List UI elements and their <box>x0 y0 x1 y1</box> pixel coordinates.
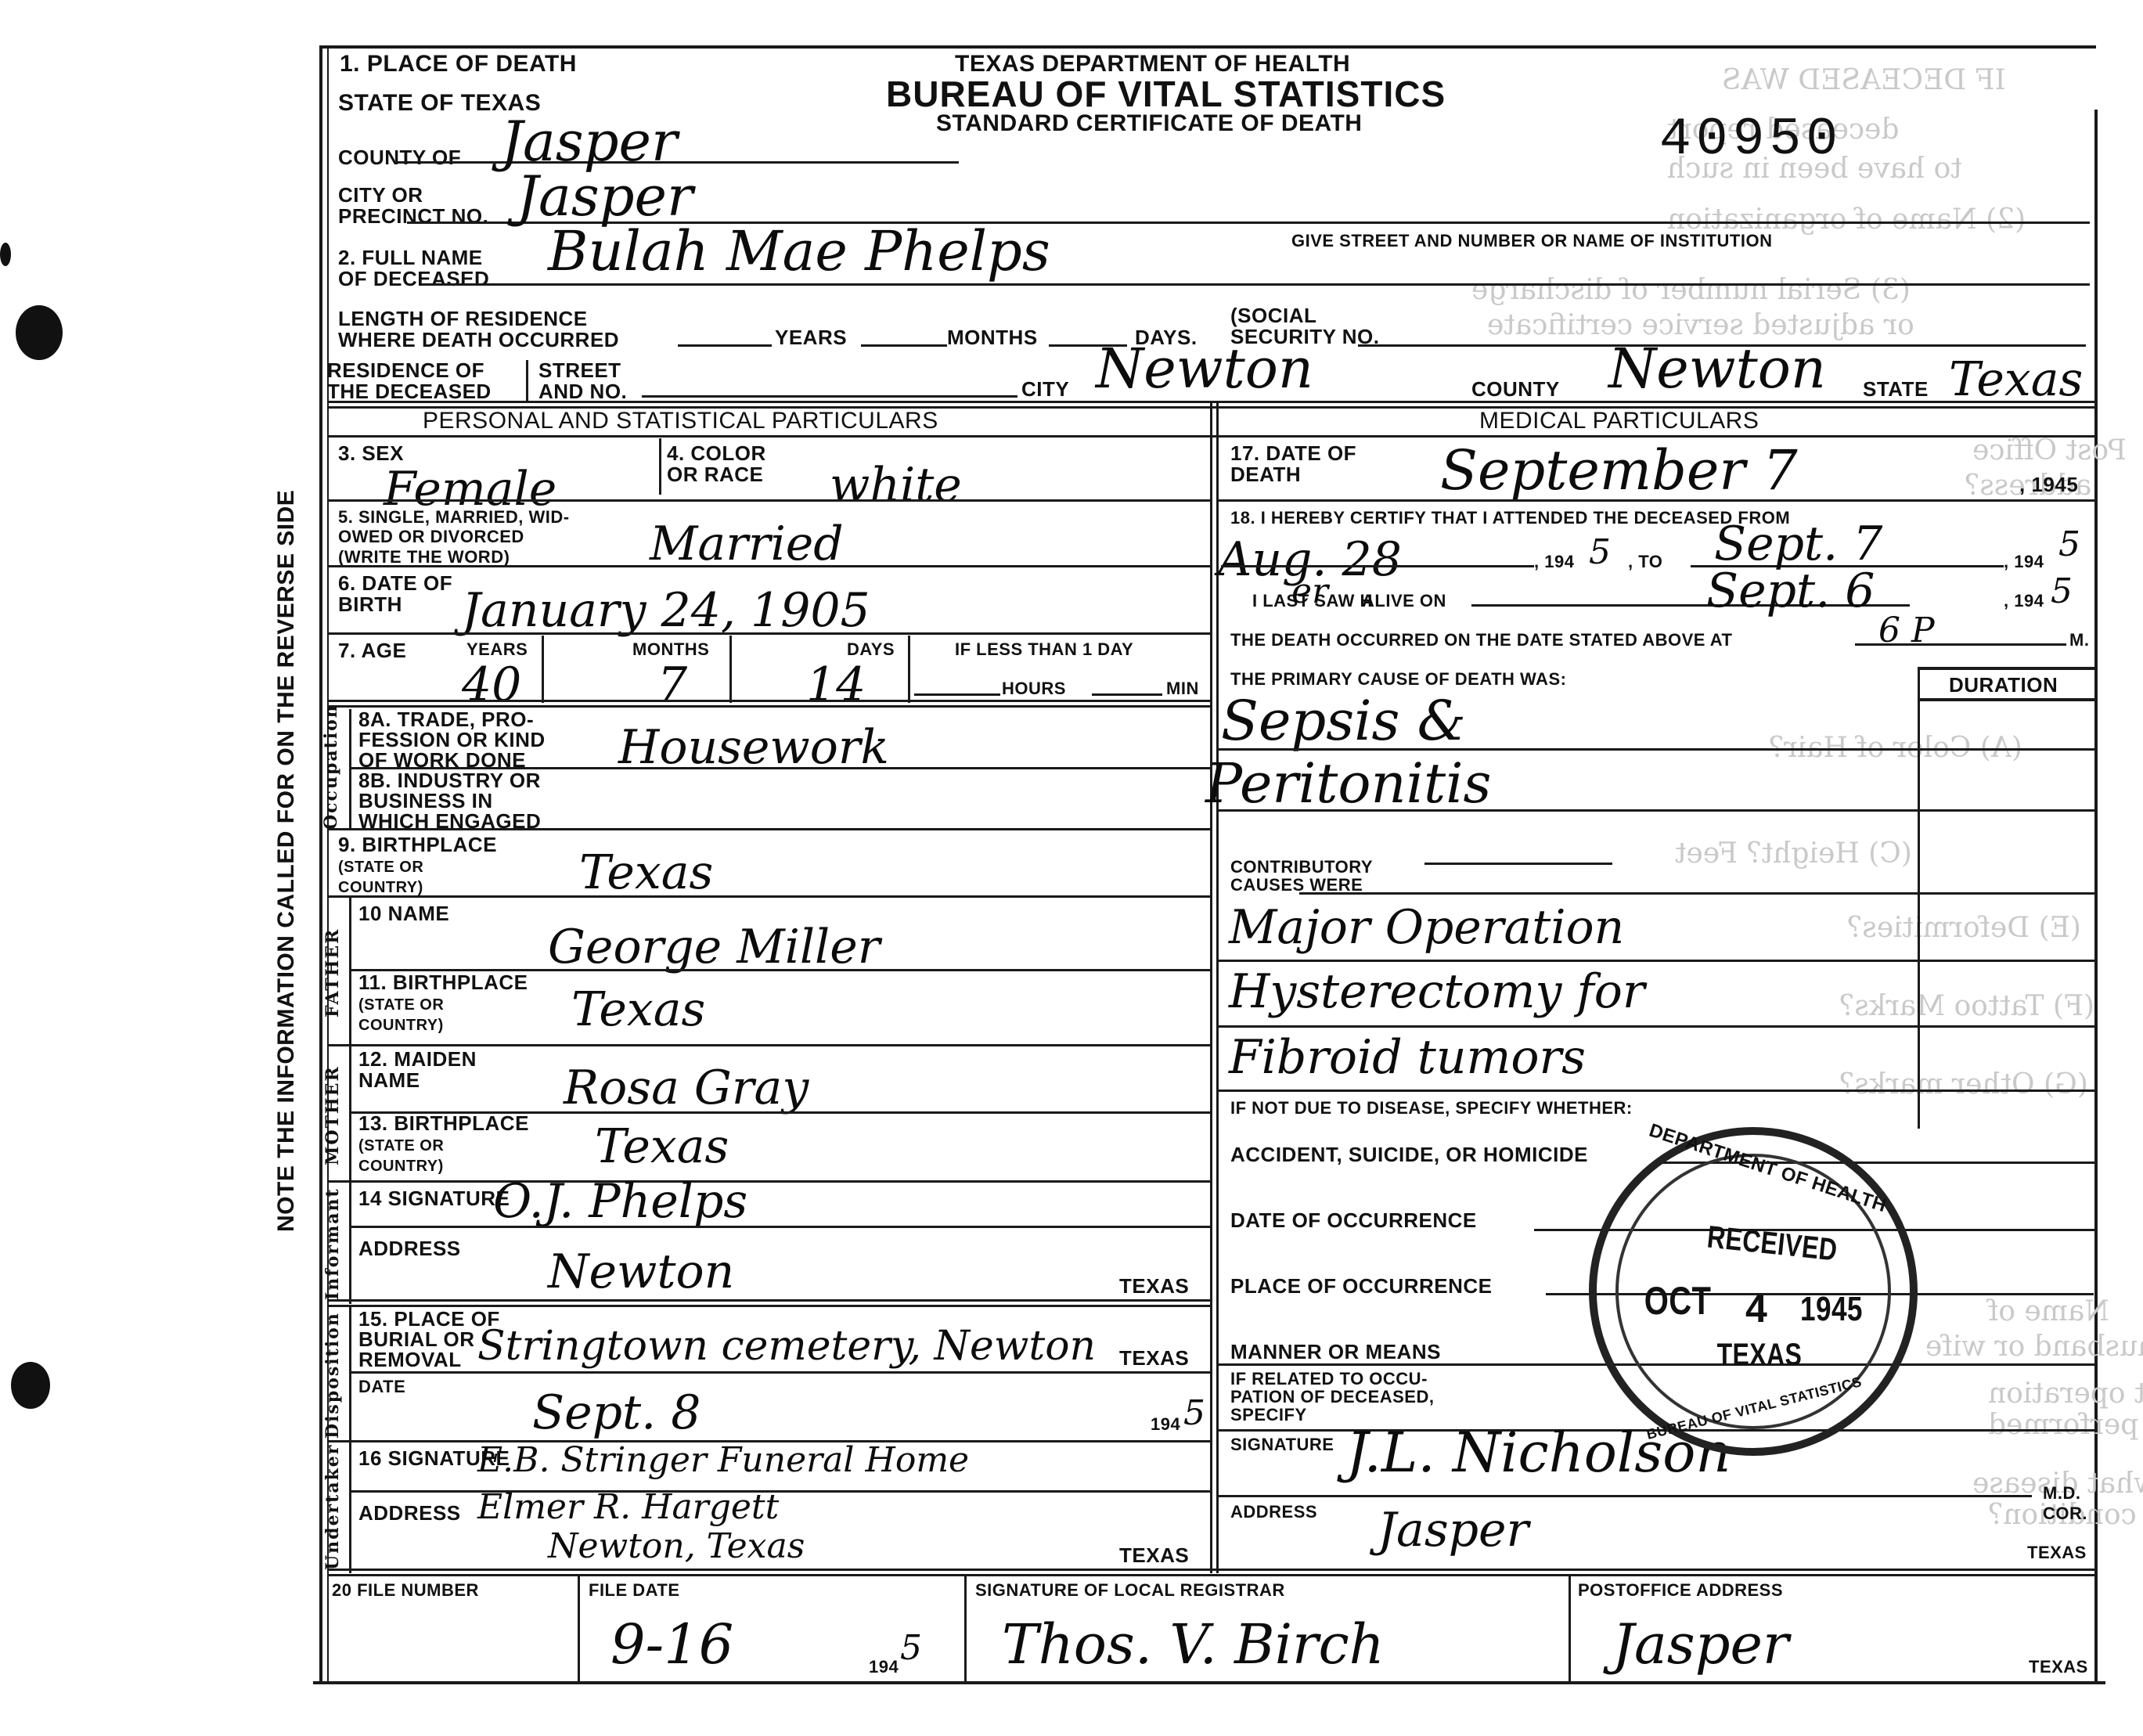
bleed-through-text: Name of <box>1988 1295 2109 1327</box>
last-saw-value: Sept. 6 <box>1706 564 1875 618</box>
physician-signature-label: SIGNATURE <box>1230 1435 1334 1453</box>
contributory-label: CONTRIBUTORYCAUSES WERE <box>1230 858 1373 894</box>
hours-label: HOURS <box>1002 679 1066 697</box>
file-year-suffix: 5 <box>900 1628 922 1668</box>
city-or-label: CITY OR <box>338 183 423 207</box>
full-name-label-1: 2. FULL NAME <box>338 246 483 269</box>
contributory-value-1: Major Operation <box>1229 900 1624 955</box>
death-time-value: 6 P <box>1878 610 1935 650</box>
place-occurrence-label: PLACE OF OCCURRENCE <box>1230 1276 1493 1297</box>
birthplace-label-1: 9. BIRTHPLACE <box>338 833 497 856</box>
stamp-state: TEXAS <box>1717 1338 1803 1371</box>
years-line <box>678 344 772 347</box>
min-label: MIN <box>1166 679 1199 697</box>
disposition-divider <box>349 1307 351 1445</box>
file-date-divider <box>578 1576 580 1681</box>
burial-row-rule <box>349 1371 1210 1374</box>
age-years-value: 40 <box>462 657 521 712</box>
bleed-through-text: (3) Serial number of discharge <box>1471 274 1911 306</box>
physician-address-value: Jasper <box>1378 1503 1529 1558</box>
age-months-divider <box>729 636 732 703</box>
hours-line <box>914 693 1000 696</box>
not-due-disease-label: IF NOT DUE TO DISEASE, SPECIFY WHETHER: <box>1230 1099 1633 1117</box>
marital-row-rule <box>327 565 1210 567</box>
residence-city-value: Newton <box>1096 337 1313 401</box>
file-date-value: 9-16 <box>610 1612 733 1677</box>
contributory-value-2: Hysterectomy for <box>1229 964 1645 1019</box>
years-label: YEARS <box>775 327 847 348</box>
birthplace-value: Texas <box>579 845 713 900</box>
mother-maiden-label: 12. MAIDENNAME <box>358 1049 477 1092</box>
received-stamp: DEPARTMENT OF HEALTH RECEIVED OCT 4 1945… <box>1589 1127 1918 1456</box>
date-of-death-label-1: 17. DATE OF <box>1230 441 1356 465</box>
undertaker-address-value-1: Elmer R. Hargett <box>477 1487 779 1527</box>
primary-cause-rule-1 <box>1218 748 2094 751</box>
cor-label: COR. <box>2043 1504 2087 1522</box>
last-saw-her-value: er <box>1291 571 1328 611</box>
alive-on-label: ALIVE ON <box>1362 592 1446 610</box>
contributory-rule-1 <box>1218 960 2094 962</box>
accident-suicide-homicide-label: ACCIDENT, SUICIDE, OR HOMICIDE <box>1230 1144 1588 1165</box>
bleed-through-text: IF DECEASED WAS <box>1722 64 2006 96</box>
street-label: STREETAND NO. <box>538 360 627 403</box>
bleed-through-text: was performed <box>1988 1409 2143 1441</box>
residence-label-1: RESIDENCE OF <box>327 358 484 382</box>
months-line <box>861 344 947 347</box>
residence-label-2: THE DECEASED <box>327 380 492 403</box>
sex-row-rule <box>327 499 1210 502</box>
md-label: M.D. <box>2043 1484 2080 1502</box>
undertaker-side-label: Undertaker <box>322 1445 343 1570</box>
street-hint-label: GIVE STREET AND NUMBER OR NAME OF INSTIT… <box>1291 232 1772 250</box>
burial-year-prefix: 194 <box>1151 1415 1180 1433</box>
duration-box-left <box>1918 667 1920 1129</box>
registrar-divider <box>964 1576 967 1681</box>
mother-divider <box>349 1046 351 1182</box>
industry-row-rule <box>327 828 1210 830</box>
undertaker-address-value-2: Newton, Texas <box>548 1526 805 1566</box>
contributory-rule-3 <box>1218 1090 2094 1092</box>
birthplace-label-2: (STATE OR <box>338 859 423 876</box>
undertaker-divider <box>349 1442 351 1573</box>
attended-from-year-prefix: , 194 <box>1534 553 1574 571</box>
agency-title: TEXAS DEPARTMENT OF HEALTH <box>955 52 1350 77</box>
burial-label-3: REMOVAL <box>358 1348 462 1371</box>
local-registrar-value: Thos. V. Birch <box>1002 1612 1385 1677</box>
father-side-label: FATHER <box>322 900 343 1046</box>
certificate-number: 40950 <box>1659 110 1842 170</box>
min-line <box>1092 693 1162 696</box>
contributory-rule-2 <box>1218 1025 2094 1028</box>
filing-top-rule <box>327 1569 2094 1571</box>
punch-hole-mark <box>11 1362 50 1409</box>
informant-texas-label: TEXAS <box>1119 1276 1189 1297</box>
birthplace-row-rule <box>327 895 1210 898</box>
informant-address-label: ADDRESS <box>358 1238 461 1259</box>
bleed-through-text: (G) Other marks? <box>1839 1068 2088 1100</box>
dob-label-1: 6. DATE OF <box>338 571 452 595</box>
duration-label: DURATION <box>1949 675 2058 696</box>
father-birthplace-value: Texas <box>571 982 705 1037</box>
bleed-through-text: What operation <box>1988 1378 2143 1410</box>
dob-row-rule <box>327 632 1210 635</box>
last-saw-year-prefix: , 194 <box>2004 592 2044 610</box>
duration-box-top <box>1918 667 2094 670</box>
primary-cause-rule-2 <box>1218 809 2094 812</box>
informant-sig-rule <box>349 1226 1210 1228</box>
primary-cause-value-2: Peritonitis <box>1205 751 1491 816</box>
occupation-related-label-2: PATION OF DECEASED, <box>1230 1387 1434 1406</box>
full-name-line <box>423 283 2090 286</box>
attended-to-year-value: 5 <box>2058 524 2080 564</box>
document-title: STANDARD CERTIFICATE OF DEATH <box>936 111 1362 136</box>
deceased-name-value: Bulah Mae Phelps <box>548 219 1050 283</box>
occupation-divider <box>349 709 351 830</box>
occupation-related-label: IF RELATED TO OCCU-PATION OF DECEASED,SP… <box>1230 1370 1434 1424</box>
primary-cause-rule-3 <box>1424 863 1612 865</box>
attended-to-label: , TO <box>1628 553 1662 571</box>
street-label-2: AND NO. <box>538 380 627 403</box>
date-of-death-value: September 7 <box>1440 438 1798 502</box>
reverse-side-note: NOTE THE INFORMATION CALLED FOR ON THE R… <box>274 368 299 1354</box>
date-occurrence-label: DATE OF OCCURRENCE <box>1230 1210 1477 1231</box>
informant-side-label: Informant <box>322 1185 343 1302</box>
postoffice-address-value: Jasper <box>1612 1612 1788 1677</box>
age-months-label: MONTHS <box>632 640 709 658</box>
physician-texas-label: TEXAS <box>2027 1543 2087 1561</box>
residence-label: RESIDENCE OFTHE DECEASED <box>327 360 492 403</box>
age-days-value: 14 <box>806 657 866 712</box>
primary-cause-label: THE PRIMARY CAUSE OF DEATH WAS: <box>1230 670 1566 688</box>
attended-from-year-value: 5 <box>1589 532 1611 572</box>
burial-year-suffix: 5 <box>1183 1393 1205 1433</box>
burial-date-label: DATE <box>358 1378 405 1396</box>
bleed-through-text: Post Office <box>1972 434 2127 466</box>
occupation-related-label-1: IF RELATED TO OCCU- <box>1230 1369 1428 1388</box>
residence-county-value: Newton <box>1608 337 1826 401</box>
residence-city-label: CITY <box>1021 379 1069 400</box>
attended-to-year-prefix: , 194 <box>2004 553 2044 571</box>
place-of-death-label: 1. PLACE OF DEATH <box>340 52 577 77</box>
bleed-through-text: (F) Tattoo Marks? <box>1839 990 2094 1022</box>
street-line <box>642 395 1017 398</box>
sex-color-divider <box>659 438 661 495</box>
duration-header-rule <box>1918 698 2094 701</box>
age-years-divider <box>542 636 544 703</box>
postoffice-address-label: POSTOFFICE ADDRESS <box>1578 1581 1783 1599</box>
informant-signature-label: 14 SIGNATURE <box>358 1188 510 1209</box>
marital-label-3: (WRITE THE WORD) <box>338 547 510 567</box>
date-of-death-label-2: DEATH <box>1230 463 1301 486</box>
marital-label: 5. SINGLE, MARRIED, WID-OWED OR DIVORCED… <box>338 507 570 567</box>
mother-birthplace-label: 13. BIRTHPLACE(STATE ORCOUNTRY) <box>358 1113 529 1174</box>
father-birthplace-label-3: COUNTRY) <box>358 1017 444 1034</box>
stamp-day: 4 <box>1745 1288 1767 1330</box>
age-days-divider <box>908 636 910 703</box>
postoffice-texas-label: TEXAS <box>2029 1658 2088 1676</box>
scan-speck <box>0 243 11 266</box>
residence-state-value: Texas <box>1949 352 2083 407</box>
mother-birthplace-value: Texas <box>595 1119 729 1174</box>
contributory-rule-0 <box>1299 892 2094 895</box>
months-label: MONTHS <box>947 327 1038 348</box>
residence-length-label: LENGTH OF RESIDENCEWHERE DEATH OCCURRED <box>338 308 619 351</box>
mother-row-rule <box>327 1180 1210 1183</box>
primary-cause-value-1: Sepsis & <box>1221 689 1466 753</box>
color-race-label-1: 4. COLOR <box>667 441 766 465</box>
marital-status-value: Married <box>650 517 844 571</box>
age-months-value: 7 <box>657 657 687 712</box>
father-divider <box>349 897 351 1046</box>
physician-signature-rule <box>1218 1495 2032 1497</box>
date-of-death-rule <box>1218 499 2094 502</box>
residence-length-label-1: LENGTH OF RESIDENCE <box>338 307 588 330</box>
dob-label-2: BIRTH <box>338 592 402 616</box>
file-number-label: 20 FILE NUMBER <box>332 1581 479 1599</box>
full-name-label-2: OF DECEASED <box>338 267 489 290</box>
punch-hole-mark <box>16 305 63 360</box>
physician-address-label: ADDRESS <box>1230 1503 1317 1521</box>
undertaker-address-label: ADDRESS <box>358 1503 461 1524</box>
dob-value: January 24, 1905 <box>462 583 870 638</box>
age-label: 7. AGE <box>338 640 406 661</box>
mother-birthplace-label-1: 13. BIRTHPLACE <box>358 1111 529 1135</box>
burial-place-value: Stringtown cemetery, Newton <box>477 1323 1096 1370</box>
certify-attended-label: 18. I HEREBY CERTIFY THAT I ATTENDED THE… <box>1230 509 1790 527</box>
death-time-label: THE DEATH OCCURRED ON THE DATE STATED AB… <box>1230 631 1732 649</box>
form-border-bottom <box>313 1681 2105 1684</box>
marital-label-2: OWED OR DIVORCED <box>338 527 524 546</box>
form-border-right <box>2094 110 2098 1683</box>
disposition-side-label: Disposition <box>322 1309 343 1442</box>
stamp-month: OCT <box>1644 1280 1712 1322</box>
contributory-value-3: Fibroid tumors <box>1229 1030 1586 1085</box>
father-name-label: 10 NAME <box>358 903 449 924</box>
bleed-through-text: (C) Height? Feet <box>1675 837 1912 870</box>
residence-divider <box>526 360 528 401</box>
attended-from-line <box>1221 565 1534 567</box>
stamp-year: 1945 <box>1800 1291 1863 1327</box>
father-name-value: George Miller <box>548 920 880 974</box>
contributory-label-1: CONTRIBUTORY <box>1230 857 1373 877</box>
bureau-title: BUREAU OF VITAL STATISTICS <box>886 75 1446 113</box>
manner-means-label: MANNER OR MEANS <box>1230 1342 1441 1363</box>
medical-section-title: MEDICAL PARTICULARS <box>1479 409 1759 434</box>
date-of-death-label: 17. DATE OFDEATH <box>1230 443 1356 486</box>
birthplace-label-3: COUNTRY) <box>338 879 423 896</box>
bleed-through-text: (E) Deformities? <box>1847 912 2081 944</box>
precinct-no-label: PRECINCT NO. <box>338 204 488 228</box>
occupation-side-label: Occupation <box>321 712 341 830</box>
father-birthplace-label-1: 11. BIRTHPLACE <box>358 971 528 994</box>
age-row-rule <box>327 700 1210 702</box>
form-border-top <box>319 45 2096 49</box>
local-registrar-label: SIGNATURE OF LOCAL REGISTRAR <box>975 1581 1285 1599</box>
street-label-1: STREET <box>538 358 621 382</box>
county-of-label: COUNTY OF <box>338 147 461 168</box>
personal-section-title: PERSONAL AND STATISTICAL PARTICULARS <box>423 409 938 434</box>
burial-date-value: Sept. 8 <box>532 1385 701 1440</box>
informant-signature-value: O.J. Phelps <box>493 1174 747 1229</box>
informant-address-value: Newton <box>548 1244 734 1299</box>
date-of-death-year: , 1945 <box>2019 474 2078 495</box>
undertaker-signature-value: E.B. Stringer Funeral Home <box>477 1440 969 1480</box>
mother-maiden-label-2: NAME <box>358 1068 420 1092</box>
marital-label-1: 5. SINGLE, MARRIED, WID- <box>338 507 570 527</box>
residence-county-label: COUNTY <box>1471 379 1560 400</box>
ssn-label-1: (SOCIAL <box>1230 304 1316 327</box>
mother-side-label: MOTHER <box>322 1049 343 1182</box>
occupation-related-label-3: SPECIFY <box>1230 1405 1307 1424</box>
color-race-value: white <box>830 458 962 513</box>
informant-divider <box>349 1182 351 1304</box>
father-row-rule <box>327 1044 1210 1046</box>
informant-row-rule <box>327 1299 1210 1302</box>
color-race-label-2: OR RACE <box>667 463 763 486</box>
postoffice-divider <box>1569 1576 1571 1681</box>
death-time-suffix: M. <box>2069 631 2089 649</box>
file-date-label: FILE DATE <box>589 1581 680 1599</box>
mother-birthplace-label-3: COUNTRY) <box>358 1158 444 1175</box>
burial-texas-label: TEXAS <box>1119 1348 1189 1369</box>
father-birthplace-label: 11. BIRTHPLACE(STATE ORCOUNTRY) <box>358 972 528 1033</box>
mother-maiden-label-1: 12. MAIDEN <box>358 1047 477 1071</box>
column-divider <box>1210 401 1212 1573</box>
color-race-label: 4. COLOROR RACE <box>667 443 766 486</box>
mother-birthplace-label-2: (STATE OR <box>358 1137 444 1154</box>
trade-label: 8A. TRADE, PRO-FESSION OR KINDOF WORK DO… <box>358 709 546 770</box>
mother-maiden-value: Rosa Gray <box>564 1061 809 1115</box>
less-than-day-label: IF LESS THAN 1 DAY <box>955 640 1133 658</box>
residence-state-label: STATE <box>1863 379 1929 400</box>
bleed-through-text: husband or wife <box>1925 1331 2143 1363</box>
age-days-label: DAYS <box>847 640 895 658</box>
industry-label: 8B. INDUSTRY ORBUSINESS INWHICH ENGAGED <box>358 770 541 831</box>
father-birthplace-label-2: (STATE OR <box>358 996 444 1014</box>
residence-length-label-2: WHERE DEATH OCCURRED <box>338 328 619 351</box>
file-year-prefix: 194 <box>869 1658 899 1676</box>
undertaker-texas-label: TEXAS <box>1119 1545 1189 1566</box>
last-saw-year-value: 5 <box>2051 571 2073 611</box>
dob-label: 6. DATE OFBIRTH <box>338 573 452 616</box>
birthplace-label: 9. BIRTHPLACE(STATE ORCOUNTRY) <box>338 834 497 895</box>
age-years-label: YEARS <box>466 640 528 658</box>
